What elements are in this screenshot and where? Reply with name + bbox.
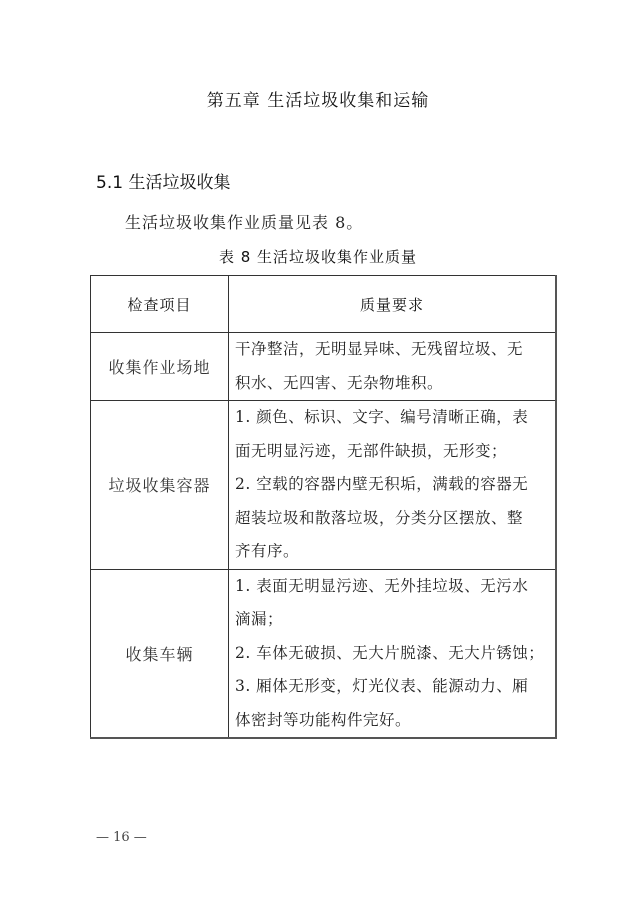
requirement-line: 面无明显污迹，无部件缺损，无形变；	[235, 435, 549, 469]
page-number: — 16 —	[96, 830, 147, 845]
requirement-line: 滴漏；	[235, 603, 549, 637]
requirement-line: 1. 颜色、标识、文字、编号清晰正确，表	[235, 401, 549, 435]
header-quality-requirement: 质量要求	[229, 276, 557, 333]
table-header-row: 检查项目 质量要求	[91, 276, 557, 333]
requirement-line: 超装垃圾和散落垃圾，分类分区摆放、整	[235, 502, 549, 536]
intro-paragraph: 生活垃圾收集作业质量见表 8。	[125, 210, 363, 233]
requirement-line: 3. 厢体无形变，灯光仪表、能源动力、厢	[235, 670, 549, 704]
quality-table: 检查项目 质量要求 收集作业场地 干净整洁，无明显异味、无残留垃圾、无 积水、无…	[90, 275, 557, 739]
requirement-line: 齐有序。	[235, 535, 549, 569]
row-item: 收集作业场地	[91, 333, 229, 401]
requirement-line: 2. 空载的容器内壁无积垢，满载的容器无	[235, 468, 549, 502]
requirement-line: 2. 车体无破损、无大片脱漆、无大片锈蚀；	[235, 637, 549, 671]
requirement-line: 1. 表面无明显污迹、无外挂垃圾、无污水	[235, 570, 549, 604]
section-heading: 5.1 生活垃圾收集	[96, 168, 230, 193]
table-row: 收集作业场地 干净整洁，无明显异味、无残留垃圾、无 积水、无四害、无杂物堆积。	[91, 333, 557, 401]
row-item: 收集车辆	[91, 569, 229, 738]
requirement-line: 积水、无四害、无杂物堆积。	[235, 367, 549, 401]
chapter-title: 第五章 生活垃圾收集和运输	[0, 86, 636, 111]
table-row: 收集车辆 1. 表面无明显污迹、无外挂垃圾、无污水 滴漏； 2. 车体无破损、无…	[91, 569, 557, 738]
requirement-line: 干净整洁，无明显异味、无残留垃圾、无	[235, 333, 549, 367]
row-requirement: 1. 表面无明显污迹、无外挂垃圾、无污水 滴漏； 2. 车体无破损、无大片脱漆、…	[229, 569, 557, 738]
table-caption: 表 8 生活垃圾收集作业质量	[0, 246, 636, 267]
row-requirement: 1. 颜色、标识、文字、编号清晰正确，表 面无明显污迹，无部件缺损，无形变； 2…	[229, 401, 557, 570]
table-row: 垃圾收集容器 1. 颜色、标识、文字、编号清晰正确，表 面无明显污迹，无部件缺损…	[91, 401, 557, 570]
requirement-line: 体密封等功能构件完好。	[235, 704, 549, 738]
row-item: 垃圾收集容器	[91, 401, 229, 570]
row-requirement: 干净整洁，无明显异味、无残留垃圾、无 积水、无四害、无杂物堆积。	[229, 333, 557, 401]
header-inspection-item: 检查项目	[91, 276, 229, 333]
